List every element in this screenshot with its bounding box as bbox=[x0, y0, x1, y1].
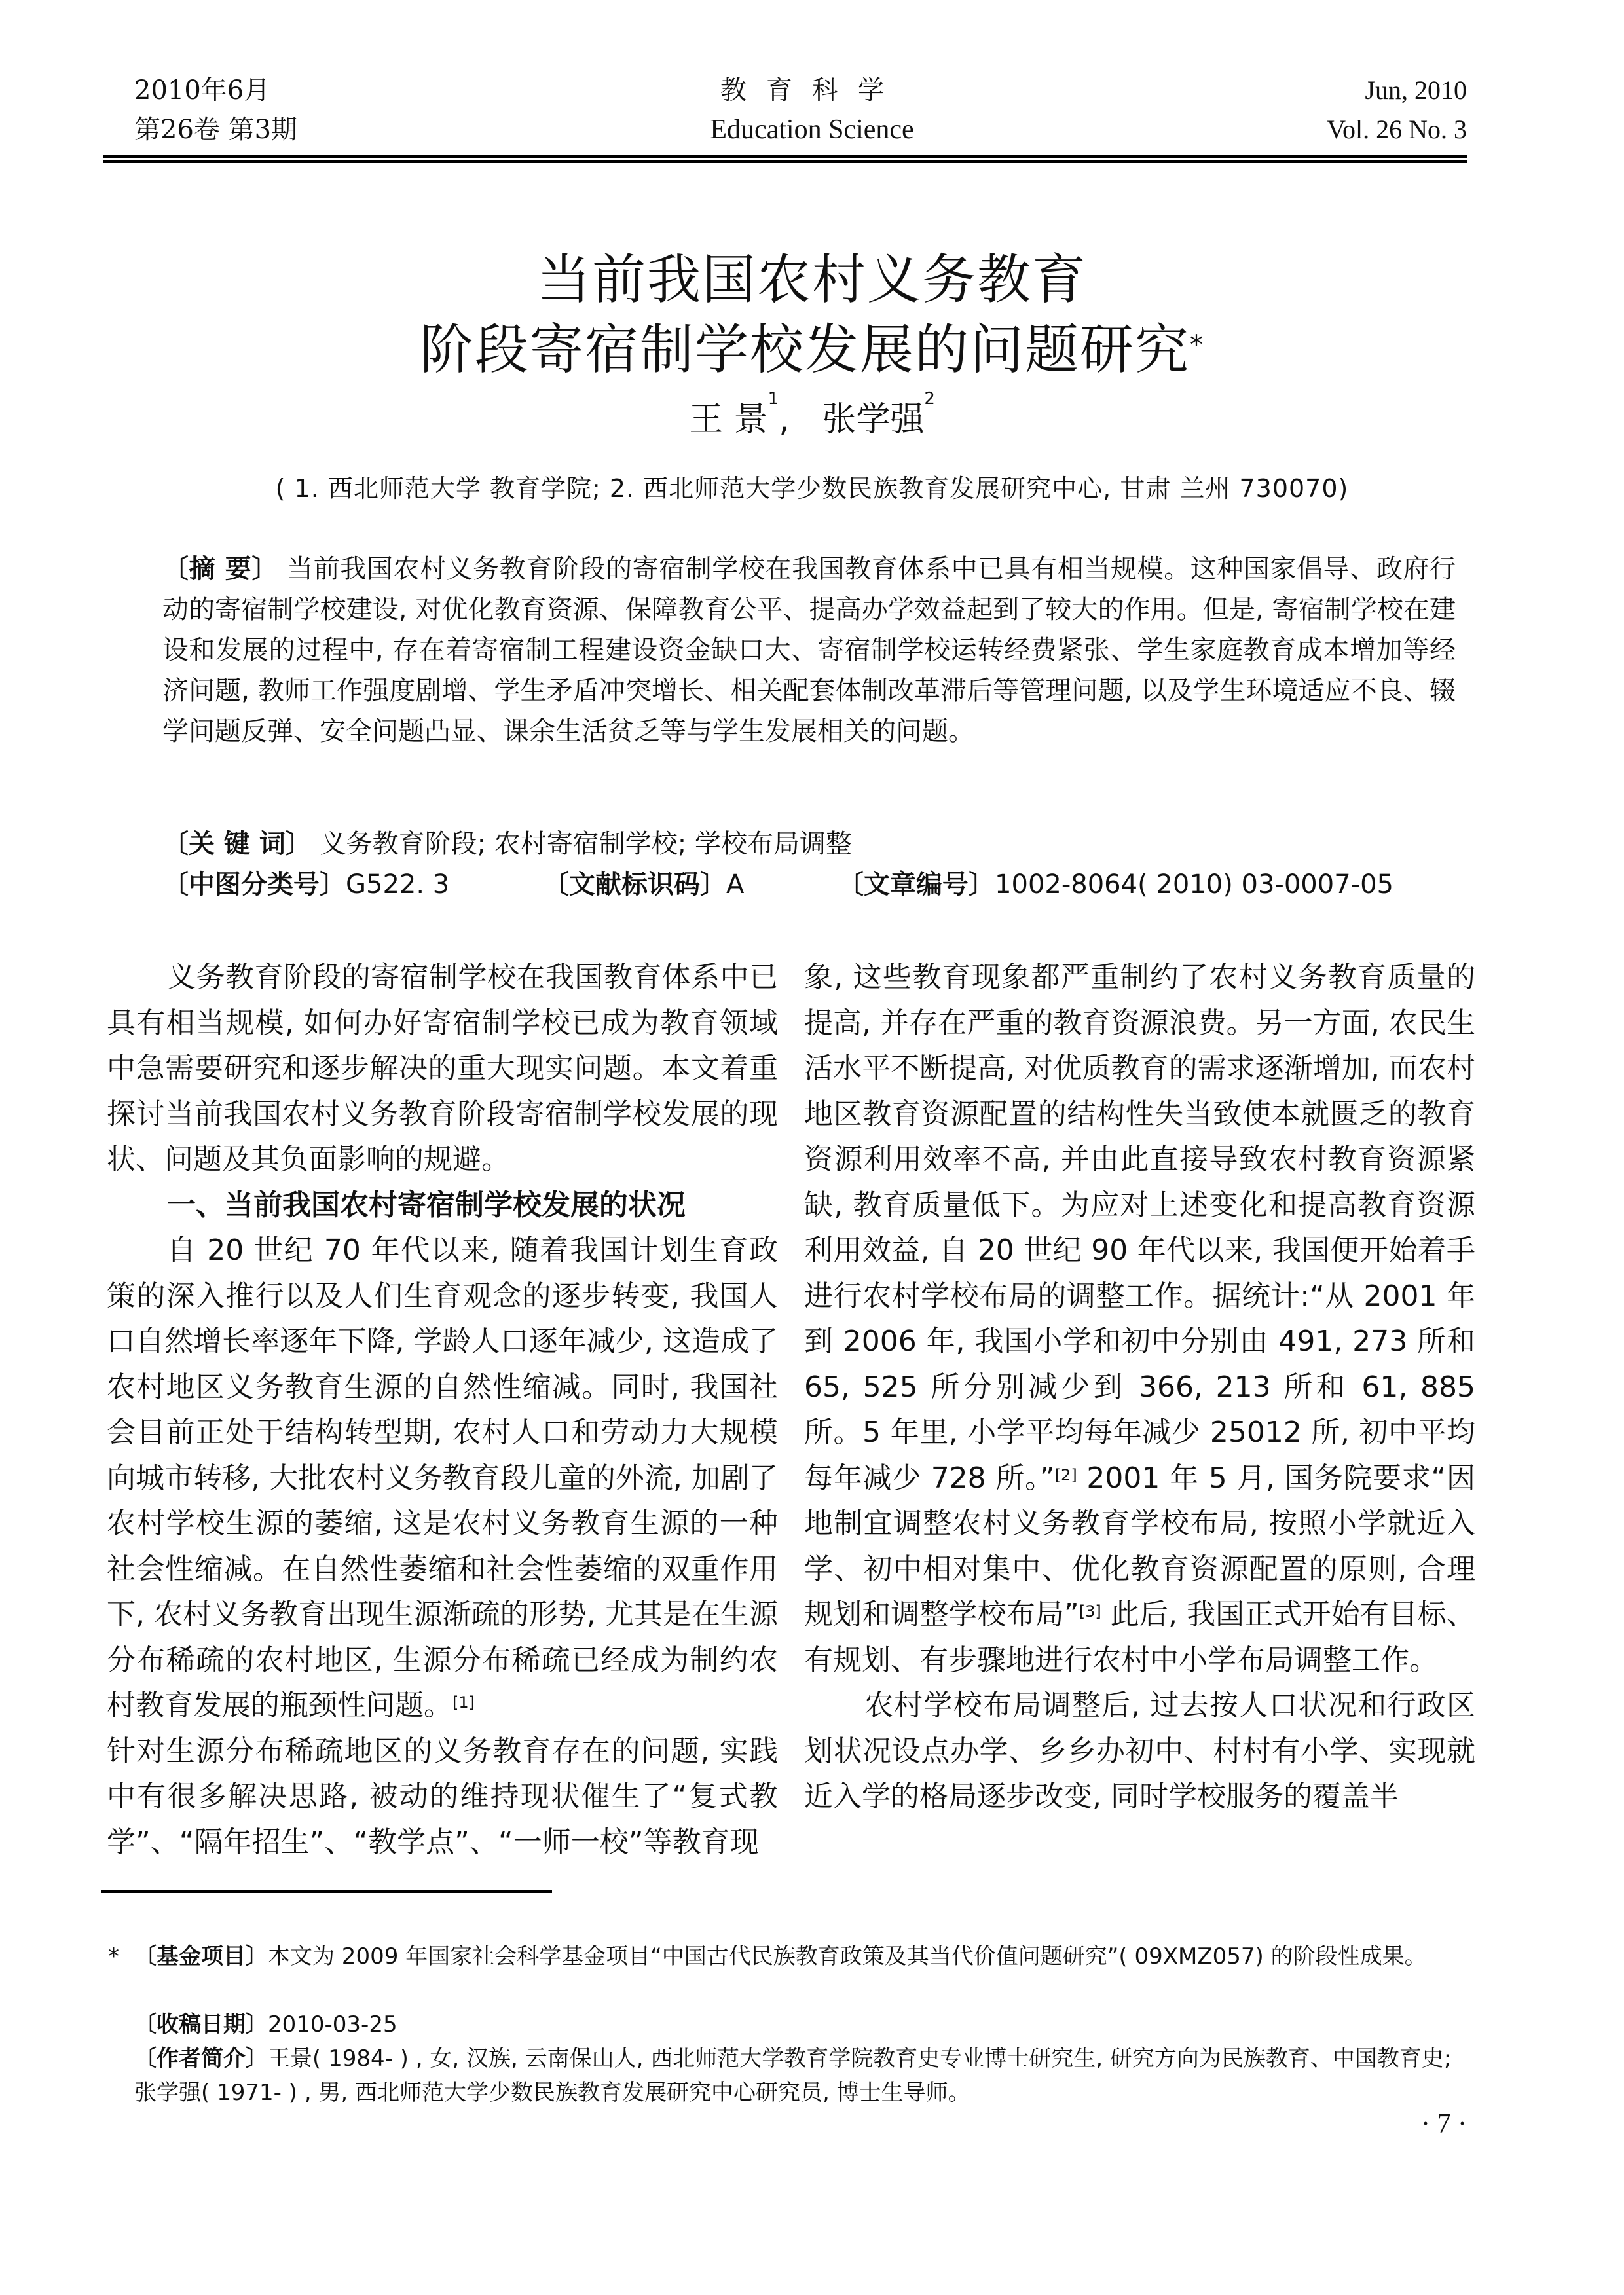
footnote-star: * bbox=[108, 1939, 119, 1974]
section-heading-1: 一、当前我国农村寄宿制学校发展的状况 bbox=[107, 1183, 778, 1228]
received-date: 2010-03-25 bbox=[268, 2011, 397, 2038]
document-code: 〔文献标识码〕A bbox=[543, 870, 744, 900]
keywords-label: 〔关 键 词〕 bbox=[162, 829, 312, 859]
header-rule-bottom bbox=[103, 160, 1467, 163]
body-column-right: 象, 这些教育现象都严重制约了农村义务教育质量的提高, 并存在严重的教育资源浪费… bbox=[804, 955, 1475, 1820]
author-name: 王 景 bbox=[689, 400, 768, 439]
footnote-received: 〔收稿日期〕2010-03-25 bbox=[134, 2008, 1467, 2042]
footnote-fund: * 〔基金项目〕本文为 2009 年国家社会科学基金项目“中国古代民族教育政策及… bbox=[134, 1939, 1467, 1974]
abstract: 〔摘 要〕 当前我国农村义务教育阶段的寄宿制学校在我国教育体系中已具有相当规模。… bbox=[162, 549, 1456, 752]
abstract-label: 〔摘 要〕 bbox=[162, 554, 278, 584]
clc-number: 〔中图分类号〕G522. 3 bbox=[162, 870, 449, 900]
bio-text: 王景( 1984- ) , 女, 汉族, 云南保山人, 西北师范大学教育学院教育… bbox=[134, 2046, 1451, 2106]
citation-ref: [2] bbox=[1055, 1466, 1077, 1484]
clc-value: G522. 3 bbox=[346, 870, 449, 900]
bio-label: 〔作者简介〕 bbox=[134, 2046, 268, 2072]
abstract-text: 当前我国农村义务教育阶段的寄宿制学校在我国教育体系中已具有相当规模。这种国家倡导… bbox=[162, 554, 1456, 746]
article-number-value: 1002-8064( 2010) 03-0007-05 bbox=[995, 870, 1393, 900]
document-code-value: A bbox=[726, 870, 744, 900]
fund-label: 〔基金项目〕 bbox=[134, 1943, 268, 1970]
body-column-left: 义务教育阶段的寄宿制学校在我国教育体系中已具有相当规模, 如何办好寄宿制学校已成… bbox=[107, 955, 778, 1865]
citation-ref: [1] bbox=[452, 1693, 475, 1712]
classification-row: 〔中图分类号〕G522. 3 〔文献标识码〕A 〔文章编号〕1002-8064(… bbox=[162, 864, 1393, 905]
page-number: · 7 · bbox=[1421, 2108, 1467, 2140]
article-title-line2-text: 阶段寄宿制学校发展的问题研究 bbox=[420, 319, 1190, 381]
author-affil-mark: 1 bbox=[768, 389, 779, 409]
document-code-label: 〔文献标识码〕 bbox=[543, 870, 726, 900]
keywords: 〔关 键 词〕 义务教育阶段; 农村寄宿制学校; 学校布局调整 bbox=[162, 824, 1456, 864]
body-paragraph: 象, 这些教育现象都严重制约了农村义务教育质量的提高, 并存在严重的教育资源浪费… bbox=[804, 955, 1475, 1683]
article-title-line2: 阶段寄宿制学校发展的问题研究* bbox=[0, 318, 1624, 383]
article-number: 〔文章编号〕1002-8064( 2010) 03-0007-05 bbox=[838, 870, 1393, 900]
author-separator: , bbox=[779, 400, 822, 439]
paragraph-text: 象, 这些教育现象都严重制约了农村义务教育质量的提高, 并存在严重的教育资源浪费… bbox=[804, 961, 1475, 1495]
citation-ref: [3] bbox=[1079, 1602, 1101, 1621]
intro-paragraph: 义务教育阶段的寄宿制学校在我国教育体系中已具有相当规模, 如何办好寄宿制学校已成… bbox=[107, 955, 778, 1183]
footnote-separator bbox=[101, 1890, 552, 1893]
author-affil-mark: 2 bbox=[924, 389, 935, 409]
fund-text: 本文为 2009 年国家社会科学基金项目“中国古代民族教育政策及其当代价值问题研… bbox=[268, 1943, 1427, 1970]
header-rule-top bbox=[103, 155, 1467, 158]
title-footnote-mark: * bbox=[1190, 330, 1204, 360]
footnote-author-bio: 〔作者简介〕王景( 1984- ) , 女, 汉族, 云南保山人, 西北师范大学… bbox=[134, 2042, 1467, 2110]
keywords-text: 义务教育阶段; 农村寄宿制学校; 学校布局调整 bbox=[320, 829, 852, 859]
header-date-en: Jun, 2010 bbox=[1365, 73, 1467, 107]
article-number-label: 〔文章编号〕 bbox=[838, 870, 995, 900]
received-label: 〔收稿日期〕 bbox=[134, 2011, 268, 2038]
article-title-line1: 当前我国农村义务教育 bbox=[0, 248, 1624, 313]
clc-label: 〔中图分类号〕 bbox=[162, 870, 346, 900]
header-volume-en: Vol. 26 No. 3 bbox=[1327, 113, 1467, 147]
paragraph-text: 自 20 世纪 70 年代以来, 随着我国计划生育政策的深入推行以及人们生育观念… bbox=[107, 1234, 778, 1722]
author-name: 张学强 bbox=[822, 400, 924, 439]
body-paragraph: 农村学校布局调整后, 过去按人口状况和行政区划状况设点办学、乡乡办初中、村村有小… bbox=[804, 1683, 1475, 1820]
affiliation: ( 1. 西北师范大学 教育学院; 2. 西北师范大学少数民族教育发展研究中心,… bbox=[0, 468, 1624, 504]
body-paragraph: 针对生源分布稀疏地区的义务教育存在的问题, 实践中有很多解决思路, 被动的维持现… bbox=[107, 1729, 778, 1865]
body-paragraph: 自 20 世纪 70 年代以来, 随着我国计划生育政策的深入推行以及人们生育观念… bbox=[107, 1228, 778, 1729]
author-list: 王 景1, 张学强2 bbox=[0, 392, 1624, 441]
